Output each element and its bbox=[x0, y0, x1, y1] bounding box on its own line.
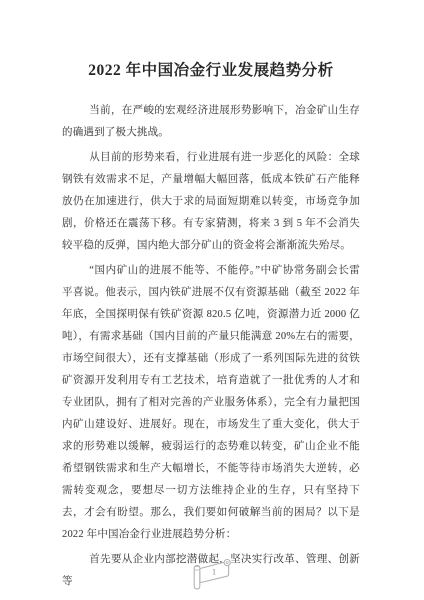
page-content: 2022 年中国冶金行业发展趋势分析 当前，在严峻的宏观经济进展形势影响下，冶金… bbox=[0, 0, 424, 593]
page-number-scroll-icon: 1 bbox=[188, 555, 236, 595]
paragraph-association-quote: “国内矿山的进展不能等、不能停。”中矿协常务副会长雷平喜说。他表示，国内铁矿进展… bbox=[62, 260, 360, 546]
page-number: 1 bbox=[212, 566, 216, 576]
page-footer: 1 bbox=[0, 555, 424, 595]
paragraph-intro: 当前，在严峻的宏观经济进展形势影响下，冶金矿山生存的确遇到了极大挑战。 bbox=[62, 100, 360, 144]
document-title: 2022 年中国冶金行业发展趋势分析 bbox=[62, 58, 360, 84]
paragraph-industry-risk: 从目前的形势来看，行业进展有进一步恶化的风险：全球钢铁有效需求不足，产量增幅大幅… bbox=[62, 147, 360, 257]
document-page: 2022 年中国冶金行业发展趋势分析 当前，在严峻的宏观经济进展形势影响下，冶金… bbox=[0, 0, 424, 600]
